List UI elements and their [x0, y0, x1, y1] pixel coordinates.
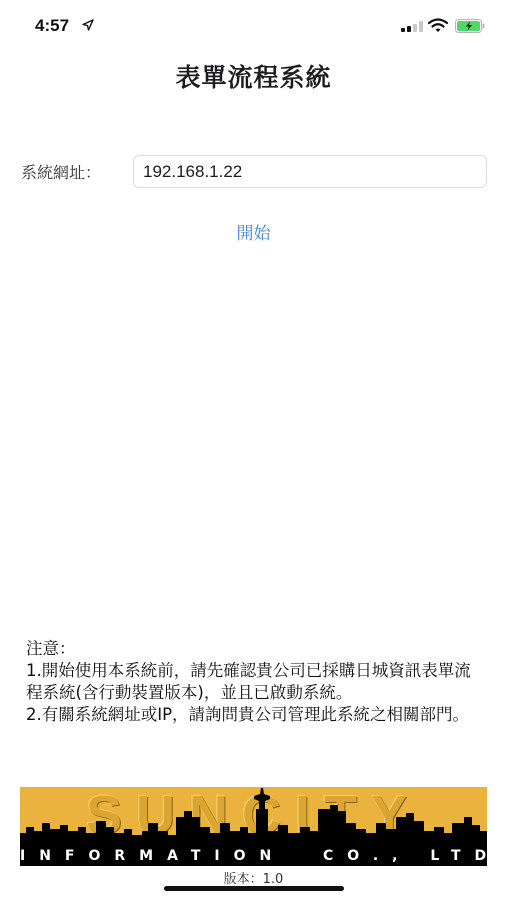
page-title: 表單流程系統 [0, 58, 507, 94]
system-url-input[interactable] [133, 155, 487, 188]
notice-item-1: 1.開始使用本系統前，請先確認貴公司已採購日城資訊表單流程系統(含行動裝置版本)… [26, 660, 486, 704]
logo-tagline: INFORMATION CO., LTD [20, 848, 487, 864]
app-screen: 4:57 表單流程系統 系統網址： 開始 注意： 1.開始使用本 [0, 0, 507, 900]
status-time: 4:57 [35, 16, 69, 36]
home-indicator[interactable] [164, 886, 344, 891]
version-label: 版本：1.0 [0, 868, 507, 887]
notice-section: 注意： 1.開始使用本系統前，請先確認貴公司已採購日城資訊表單流程系統(含行動裝… [26, 638, 486, 726]
notice-item-2: 2.有關系統網址或IP，請詢問貴公司管理此系統之相關部門。 [26, 704, 486, 726]
system-url-label: 系統網址： [21, 160, 101, 183]
status-bar: 4:57 [0, 0, 507, 48]
cellular-signal-icon [401, 21, 423, 32]
location-arrow-icon [82, 19, 94, 31]
start-button-label: 開始 [231, 217, 277, 246]
company-logo: SUNCITY INFORMATION CO., LTD [20, 787, 487, 866]
notice-heading: 注意： [26, 638, 486, 660]
battery-charging-icon [455, 19, 485, 33]
wifi-icon [428, 18, 448, 33]
start-button[interactable]: 開始 [0, 217, 507, 246]
